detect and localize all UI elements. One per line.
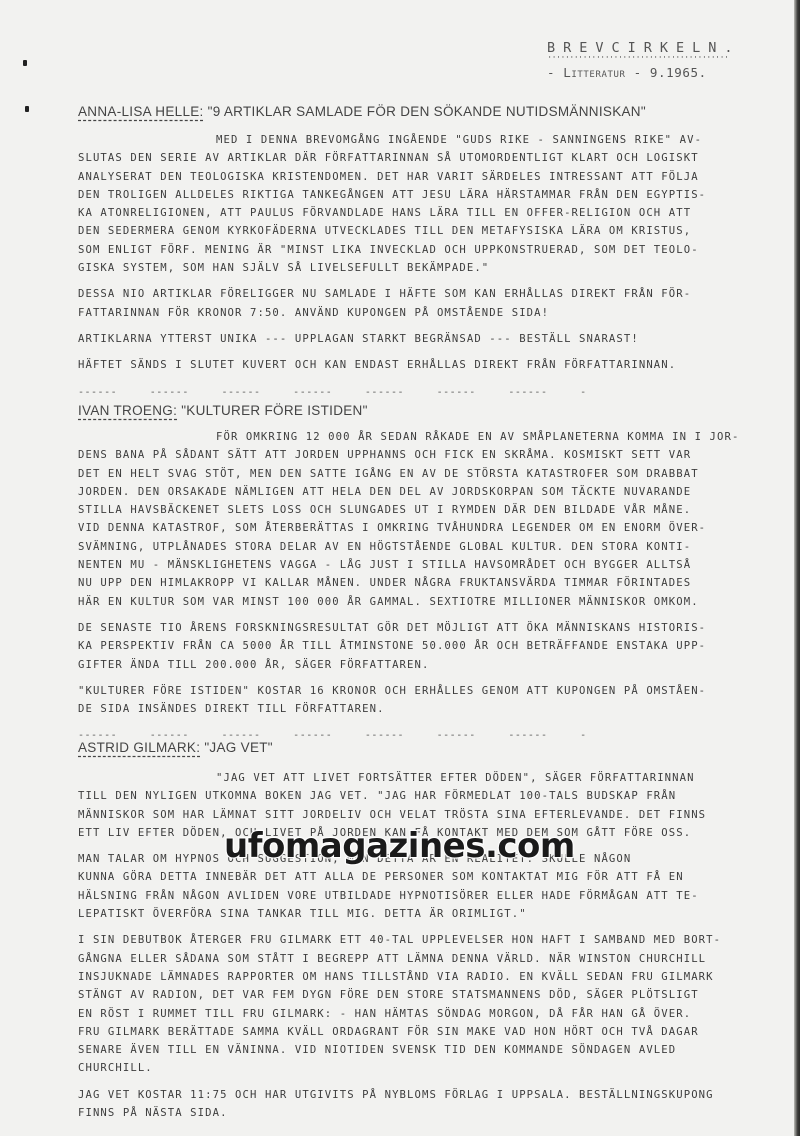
text-line: finns på nästa sida. (78, 1104, 768, 1122)
text-line: Dessa nio artiklar föreligger nu samlade… (78, 285, 768, 303)
text-line: senare även till en väninna. Vid niotide… (78, 1041, 768, 1059)
article-paragraph: I sin debutbok återger Fru Gilmark ett 4… (78, 931, 768, 1077)
text-line: Med i denna brevomgång ingående "Guds ri… (78, 131, 768, 149)
article-author: ASTRID GILMARK: (78, 740, 200, 755)
text-line: gångna eller sådana som stått i begrepp … (78, 950, 768, 968)
text-line: människor som har lämnat sitt jordeliv o… (78, 806, 768, 824)
masthead-rule: ''''''''''''''''''''''''''''''''''''''''… (547, 56, 729, 65)
article-heading: ANNA-LISA HELLE: "9 ARTIKLAR SAMLADE FÖR… (78, 104, 768, 119)
article-paragraph: De senaste tio årens forskningsresultat … (78, 619, 768, 674)
text-line: Vid denna katastrof, som återberättas i … (78, 519, 768, 537)
article-heading: IVAN TROENG: "KULTURER FÖRE ISTIDEN" (78, 403, 768, 418)
issue-label: - Litteratur - 9.1965. (547, 65, 741, 80)
text-line: stängt av radion, det var fem dygn före … (78, 986, 768, 1004)
text-line: ka Atonreligionen, att Paulus förvandlad… (78, 204, 768, 222)
article-paragraph: Med i denna brevomgång ingående "Guds ri… (78, 131, 768, 277)
text-line: de sida insändes direkt till författaren… (78, 700, 768, 718)
text-line: Stilla Havsbäckenet slets loss och slung… (78, 501, 768, 519)
text-line: gifter ända till 200.000 år, säger förfa… (78, 656, 768, 674)
article-author: ANNA-LISA HELLE: (78, 104, 204, 119)
watermark: ufomagazines.com (224, 826, 575, 866)
article-gilmark: ASTRID GILMARK: "JAG VET" "Jag vet att l… (78, 740, 768, 1122)
text-line: den sedermera genom kyrkofäderna utveckl… (78, 222, 768, 240)
text-line: slutas den serie av artiklar där författ… (78, 149, 768, 167)
text-line: nenten Mu - mänsklighetens vagga - låg j… (78, 556, 768, 574)
masthead: BREVCIRKELN. '''''''''''''''''''''''''''… (547, 40, 741, 80)
article-paragraph: Artiklarna ytterst unika --- Upplagan st… (78, 330, 768, 348)
text-line: här en kultur som var minst 100 000 år g… (78, 593, 768, 611)
page-edge-shadow (794, 0, 800, 1136)
text-line: till den nyligen utkomna boken JAG VET. … (78, 787, 768, 805)
text-line: hälsning från någon avliden vore utbilda… (78, 887, 768, 905)
section-separator: ------ ------ ------ ------ ------ -----… (78, 387, 768, 398)
text-line: fattarinnan för kronor 7:50. Använd kupo… (78, 304, 768, 322)
text-line: "Kulturer före istiden" kostar 16 kronor… (78, 682, 768, 700)
article-paragraph: "Kulturer före istiden" kostar 16 kronor… (78, 682, 768, 719)
text-line: Artiklarna ytterst unika --- Upplagan st… (78, 330, 768, 348)
text-line: svämning, utplånades stora delar av en h… (78, 538, 768, 556)
text-line: Häftet sänds i slutet kuvert och kan end… (78, 356, 768, 374)
text-line: en röst i rummet till Fru Gilmark: - Han… (78, 1005, 768, 1023)
text-line: I sin debutbok återger Fru Gilmark ett 4… (78, 931, 768, 949)
article-paragraph: JAG VET kostar 11:75 och har utgivits på… (78, 1086, 768, 1123)
text-line: insjuknade lämnades rapporter om hans ti… (78, 968, 768, 986)
text-line: det en helt svag stöt, men den satte igå… (78, 465, 768, 483)
newsletter-name: BREVCIRKELN. (547, 40, 741, 56)
article-author: IVAN TROENG: (78, 403, 177, 418)
article-paragraph: För omkring 12 000 år sedan råkade en av… (78, 428, 768, 611)
text-line: dens bana på sådant sätt att jorden upph… (78, 446, 768, 464)
text-line: ka perspektiv från ca 5000 år till åtmin… (78, 637, 768, 655)
punch-hole-mark (25, 106, 29, 112)
text-line: den troligen alldeles riktiga tankegånge… (78, 186, 768, 204)
text-line: JAG VET kostar 11:75 och har utgivits på… (78, 1086, 768, 1104)
article-troeng: IVAN TROENG: "KULTURER FÖRE ISTIDEN" För… (78, 403, 768, 741)
text-line: "Jag vet att livet fortsätter efter döde… (78, 769, 768, 787)
text-line: lepatiskt överföra sina tankar till mig.… (78, 905, 768, 923)
article-title: "9 ARTIKLAR SAMLADE FÖR DEN SÖKANDE NUTI… (208, 104, 646, 119)
text-line: kunna göra detta innebär det att alla de… (78, 868, 768, 886)
text-line: giska system, som han själv så livelsefu… (78, 259, 768, 277)
article-paragraph: Häftet sänds i slutet kuvert och kan end… (78, 356, 768, 374)
text-line: För omkring 12 000 år sedan råkade en av… (78, 428, 768, 446)
article-heading: ASTRID GILMARK: "JAG VET" (78, 740, 768, 755)
article-title: "JAG VET" (204, 740, 273, 755)
text-line: De senaste tio årens forskningsresultat … (78, 619, 768, 637)
punch-hole-mark (23, 60, 27, 66)
article-paragraph: Dessa nio artiklar föreligger nu samlade… (78, 285, 768, 322)
article-helle: ANNA-LISA HELLE: "9 ARTIKLAR SAMLADE FÖR… (78, 104, 768, 398)
text-line: jorden. Den orsakade nämligen att hela d… (78, 483, 768, 501)
text-line: som enligt förf. mening är "minst lika i… (78, 241, 768, 259)
text-line: nu upp den himlakropp vi kallar månen. U… (78, 574, 768, 592)
text-line: Churchill. (78, 1059, 768, 1077)
text-line: analyserat den teologiska kristendomen. … (78, 168, 768, 186)
article-title: "KULTURER FÖRE ISTIDEN" (181, 403, 368, 418)
text-line: Fru Gilmark berättade samma kväll ordagr… (78, 1023, 768, 1041)
